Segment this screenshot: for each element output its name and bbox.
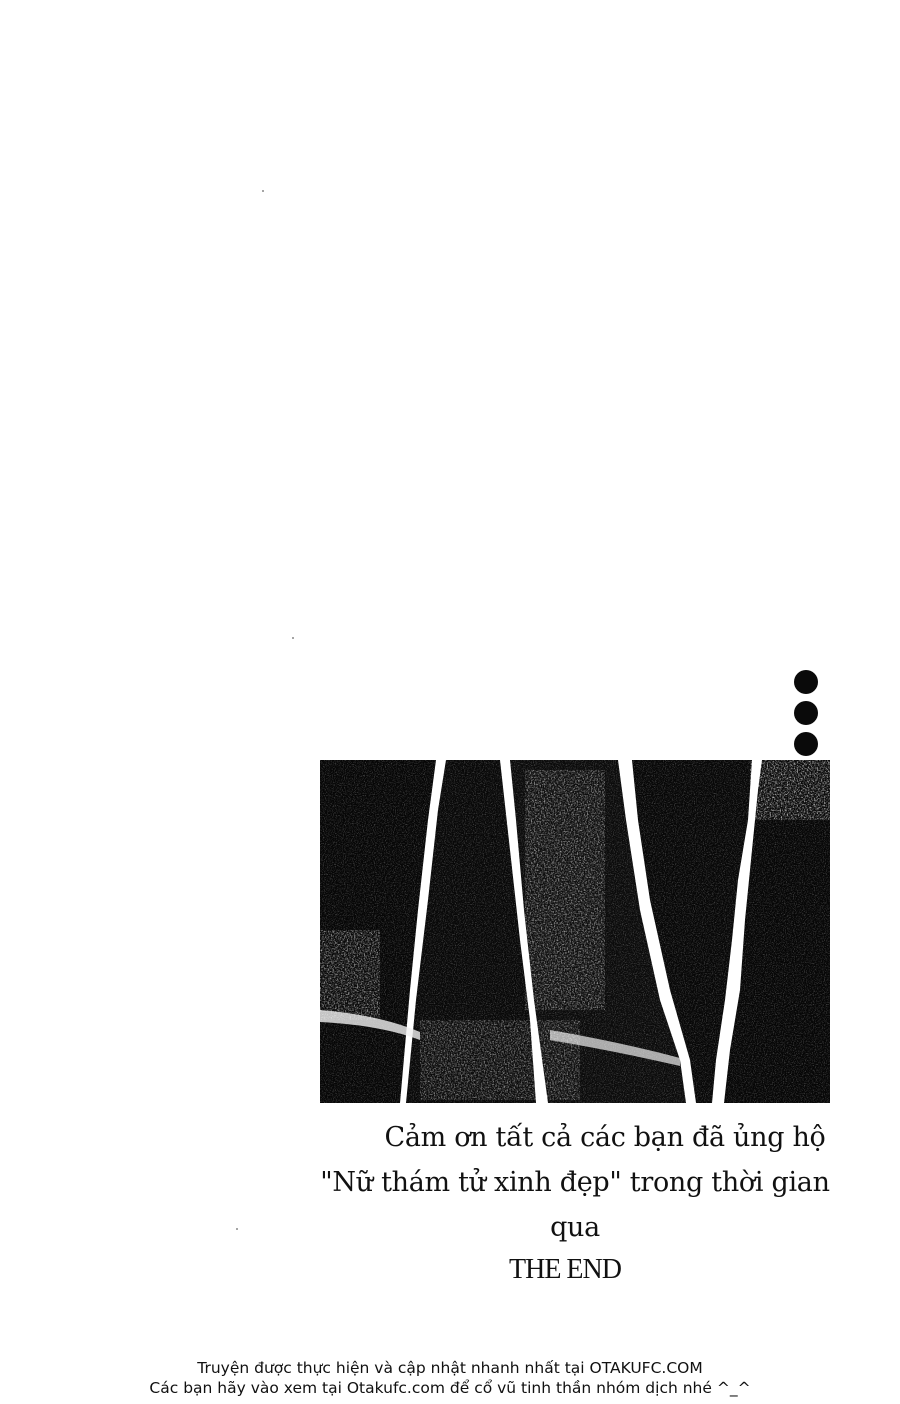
thanks-line-2: "Nữ thám tử xinh đẹp" trong thời gian qu…: [300, 1160, 850, 1250]
scanlation-credit: Truyện được thực hiện và cập nhật nhanh …: [130, 1358, 770, 1398]
scan-speck: [262, 190, 264, 192]
torn-photo-collage: [320, 760, 830, 1103]
scan-speck: [292, 637, 294, 639]
dot: [794, 670, 818, 694]
thanks-message: Cảm ơn tất cả các bạn đã ủng hộ "Nữ thám…: [300, 1115, 850, 1250]
credit-line-2: Các bạn hãy vào xem tại Otakufc.com để c…: [130, 1378, 770, 1398]
thanks-line-1: Cảm ơn tất cả các bạn đã ủng hộ: [300, 1115, 850, 1160]
credit-line-1: Truyện được thực hiện và cập nhật nhanh …: [130, 1358, 770, 1378]
scan-speck: [236, 1228, 238, 1230]
dot: [794, 701, 818, 725]
collage-image: [320, 760, 830, 1103]
ellipsis-dots: [794, 670, 820, 763]
the-end-label: THE END: [500, 1254, 630, 1286]
dot: [794, 732, 818, 756]
